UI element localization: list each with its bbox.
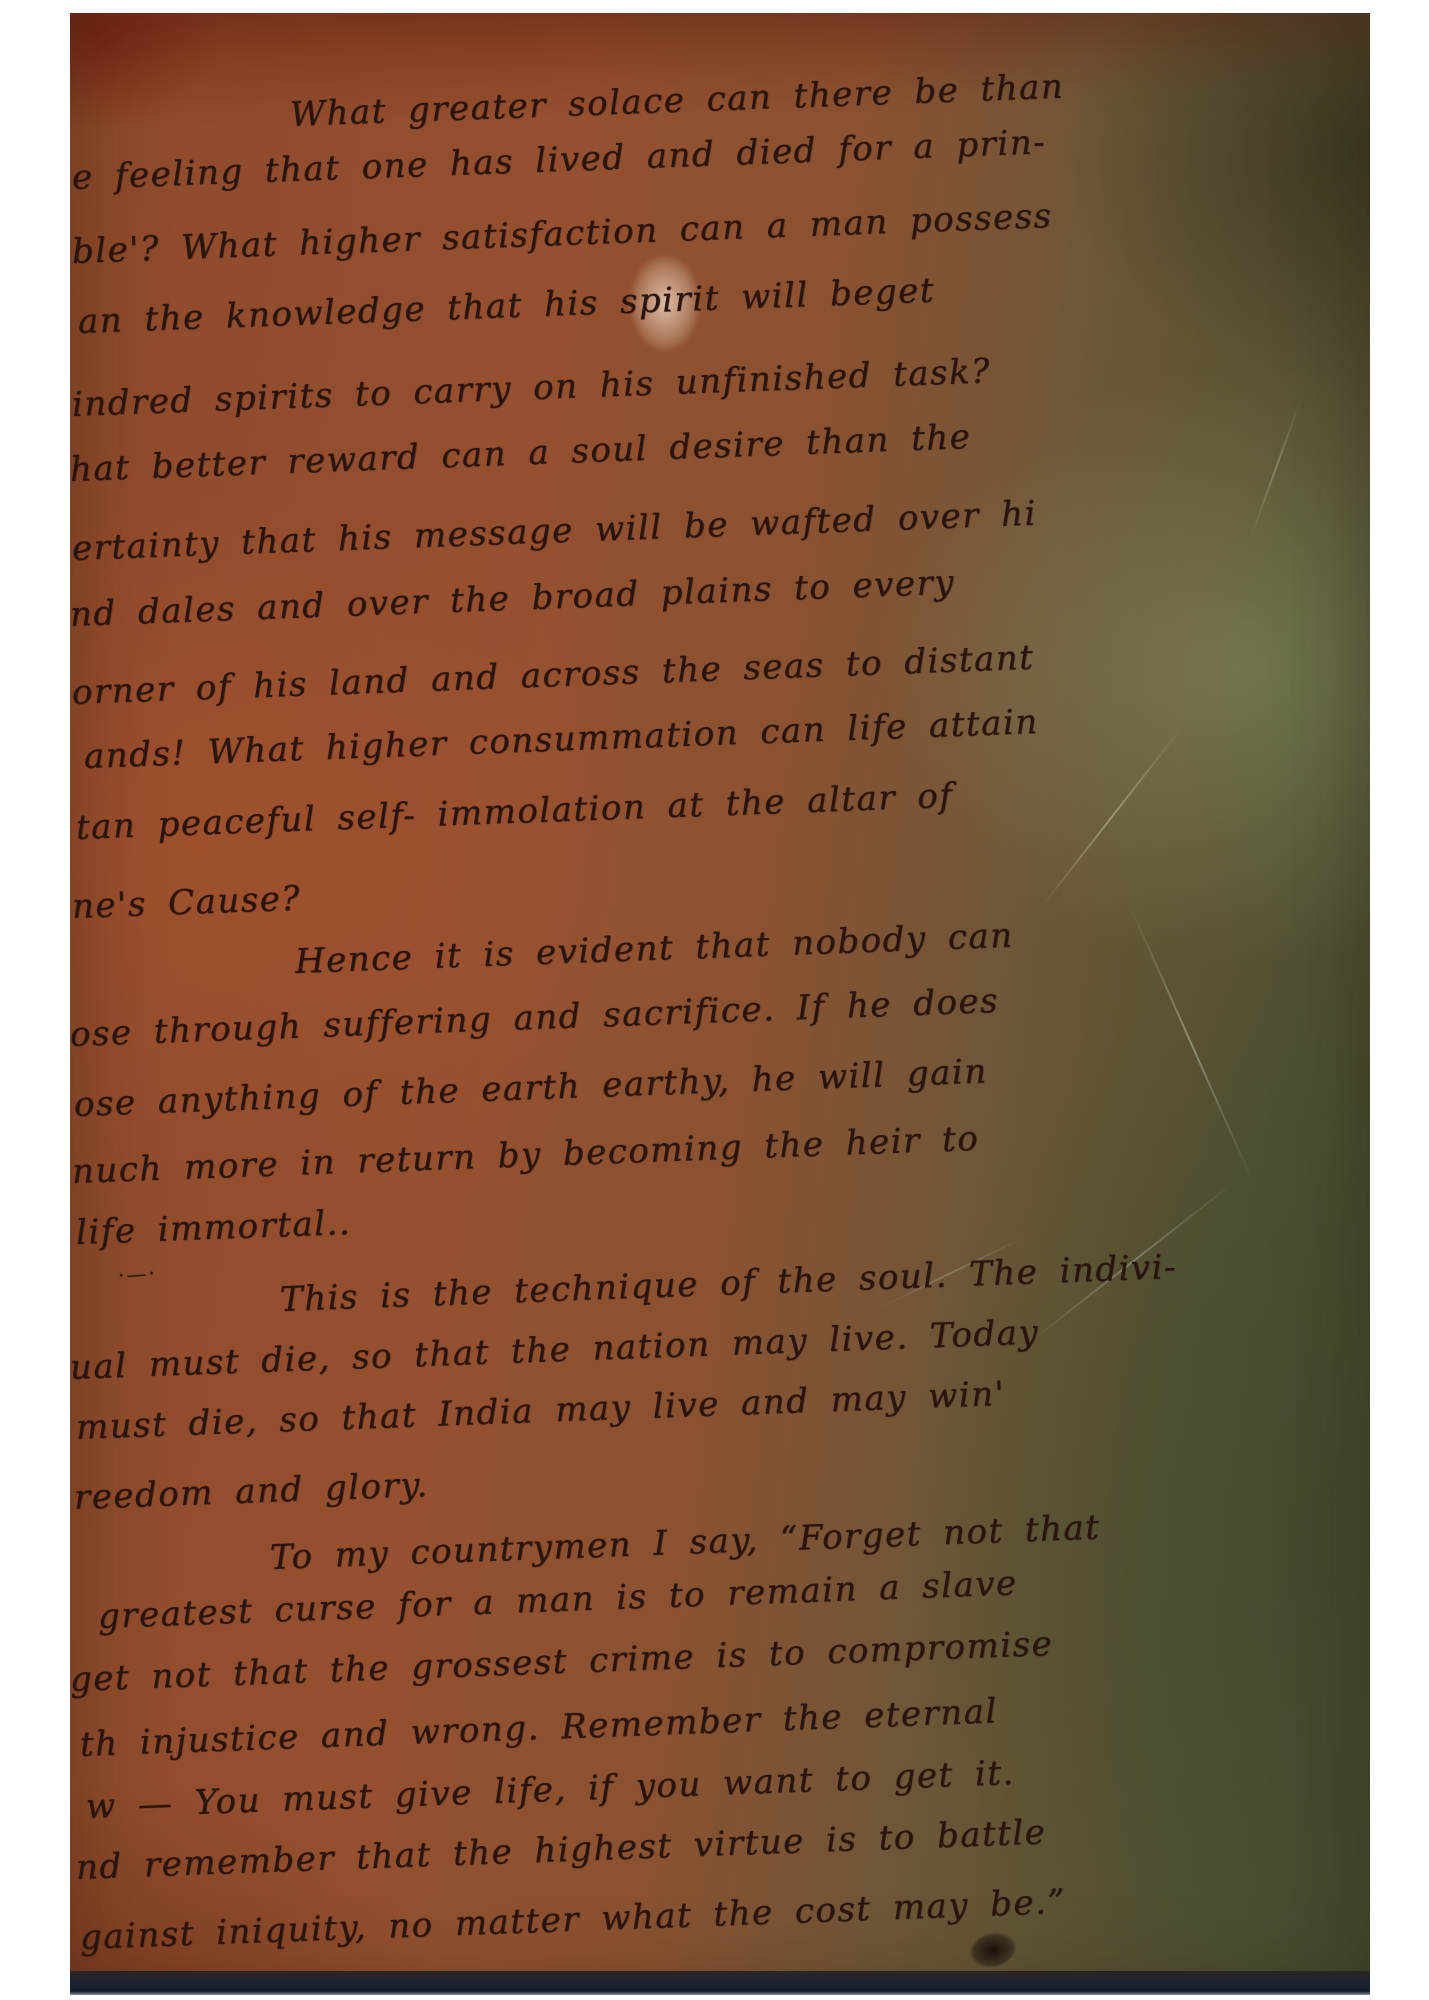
ink-blot (967, 1929, 1018, 1970)
handwritten-line-1: What greater solace can there be than (289, 67, 1065, 135)
handwritten-line-12: ne's Cause? (71, 879, 301, 927)
handwritten-line-23: greatest curse for a man is to remain a … (97, 1563, 1018, 1637)
handwritten-line-28: gainst iniquity, no matter what the cost… (79, 1882, 1067, 1958)
handwritten-line-17: life immortal.. (75, 1203, 352, 1253)
manuscript-photo: What greater solace can there be thane f… (70, 13, 1370, 1995)
handwritten-line-15: ose anything of the earth earthy, he wil… (73, 1052, 988, 1125)
handwritten-line-27: nd remember that the highest virtue is t… (75, 1812, 1047, 1888)
handwritten-line-3: ble'? What higher satisfaction can a man… (71, 196, 1053, 272)
handwritten-line-11: tan peaceful self- immolation at the alt… (75, 776, 954, 848)
handwritten-line-4: an the knowledge that his spirit will be… (77, 271, 935, 342)
handwritten-line-6: hat better reward can a soul desire than… (70, 417, 972, 490)
stray-pen-mark: ·—· (117, 1261, 157, 1288)
handwritten-line-7: ertainty that his message will be wafted… (71, 494, 1037, 569)
handwritten-line-19: ual must die, so that the nation may liv… (70, 1312, 1040, 1388)
page-background: What greater solace can there be thane f… (0, 0, 1429, 2000)
handwritten-line-26: w — You must give life, if you want to g… (85, 1753, 1015, 1827)
handwritten-line-21: reedom and glory. (73, 1465, 429, 1518)
handwritten-line-9: orner of his land and across the seas to… (71, 638, 1035, 713)
handwritten-line-25: th injustice and wrong. Remember the ete… (79, 1691, 998, 1765)
scratch-mark (1129, 906, 1253, 1181)
handwritten-line-13: Hence it is evident that nobody can (294, 916, 1014, 982)
handwritten-line-8: nd dales and over the broad plains to ev… (70, 563, 956, 635)
scratch-mark (1249, 397, 1302, 539)
handwritten-line-24: get not that the grossest crime is to co… (70, 1624, 1054, 1700)
scratch-mark (1039, 727, 1182, 909)
handwritten-line-14: ose through suffering and sacrifice. If … (70, 981, 1000, 1055)
handwritten-line-18: This is the technique of the soul. The i… (279, 1247, 1177, 1320)
handwritten-line-16: nuch more in return by becoming the heir… (71, 1119, 980, 1192)
handwritten-line-2: e feeling that one has lived and died fo… (71, 122, 1046, 198)
handwritten-line-20: must die, so that India may live and may… (75, 1374, 1006, 1448)
handwritten-line-10: ands! What higher consummation can life … (83, 702, 1039, 777)
photo-bottom-edge (70, 1971, 1370, 1995)
handwritten-line-5: indred spirits to carry on his unfinishe… (71, 351, 991, 425)
